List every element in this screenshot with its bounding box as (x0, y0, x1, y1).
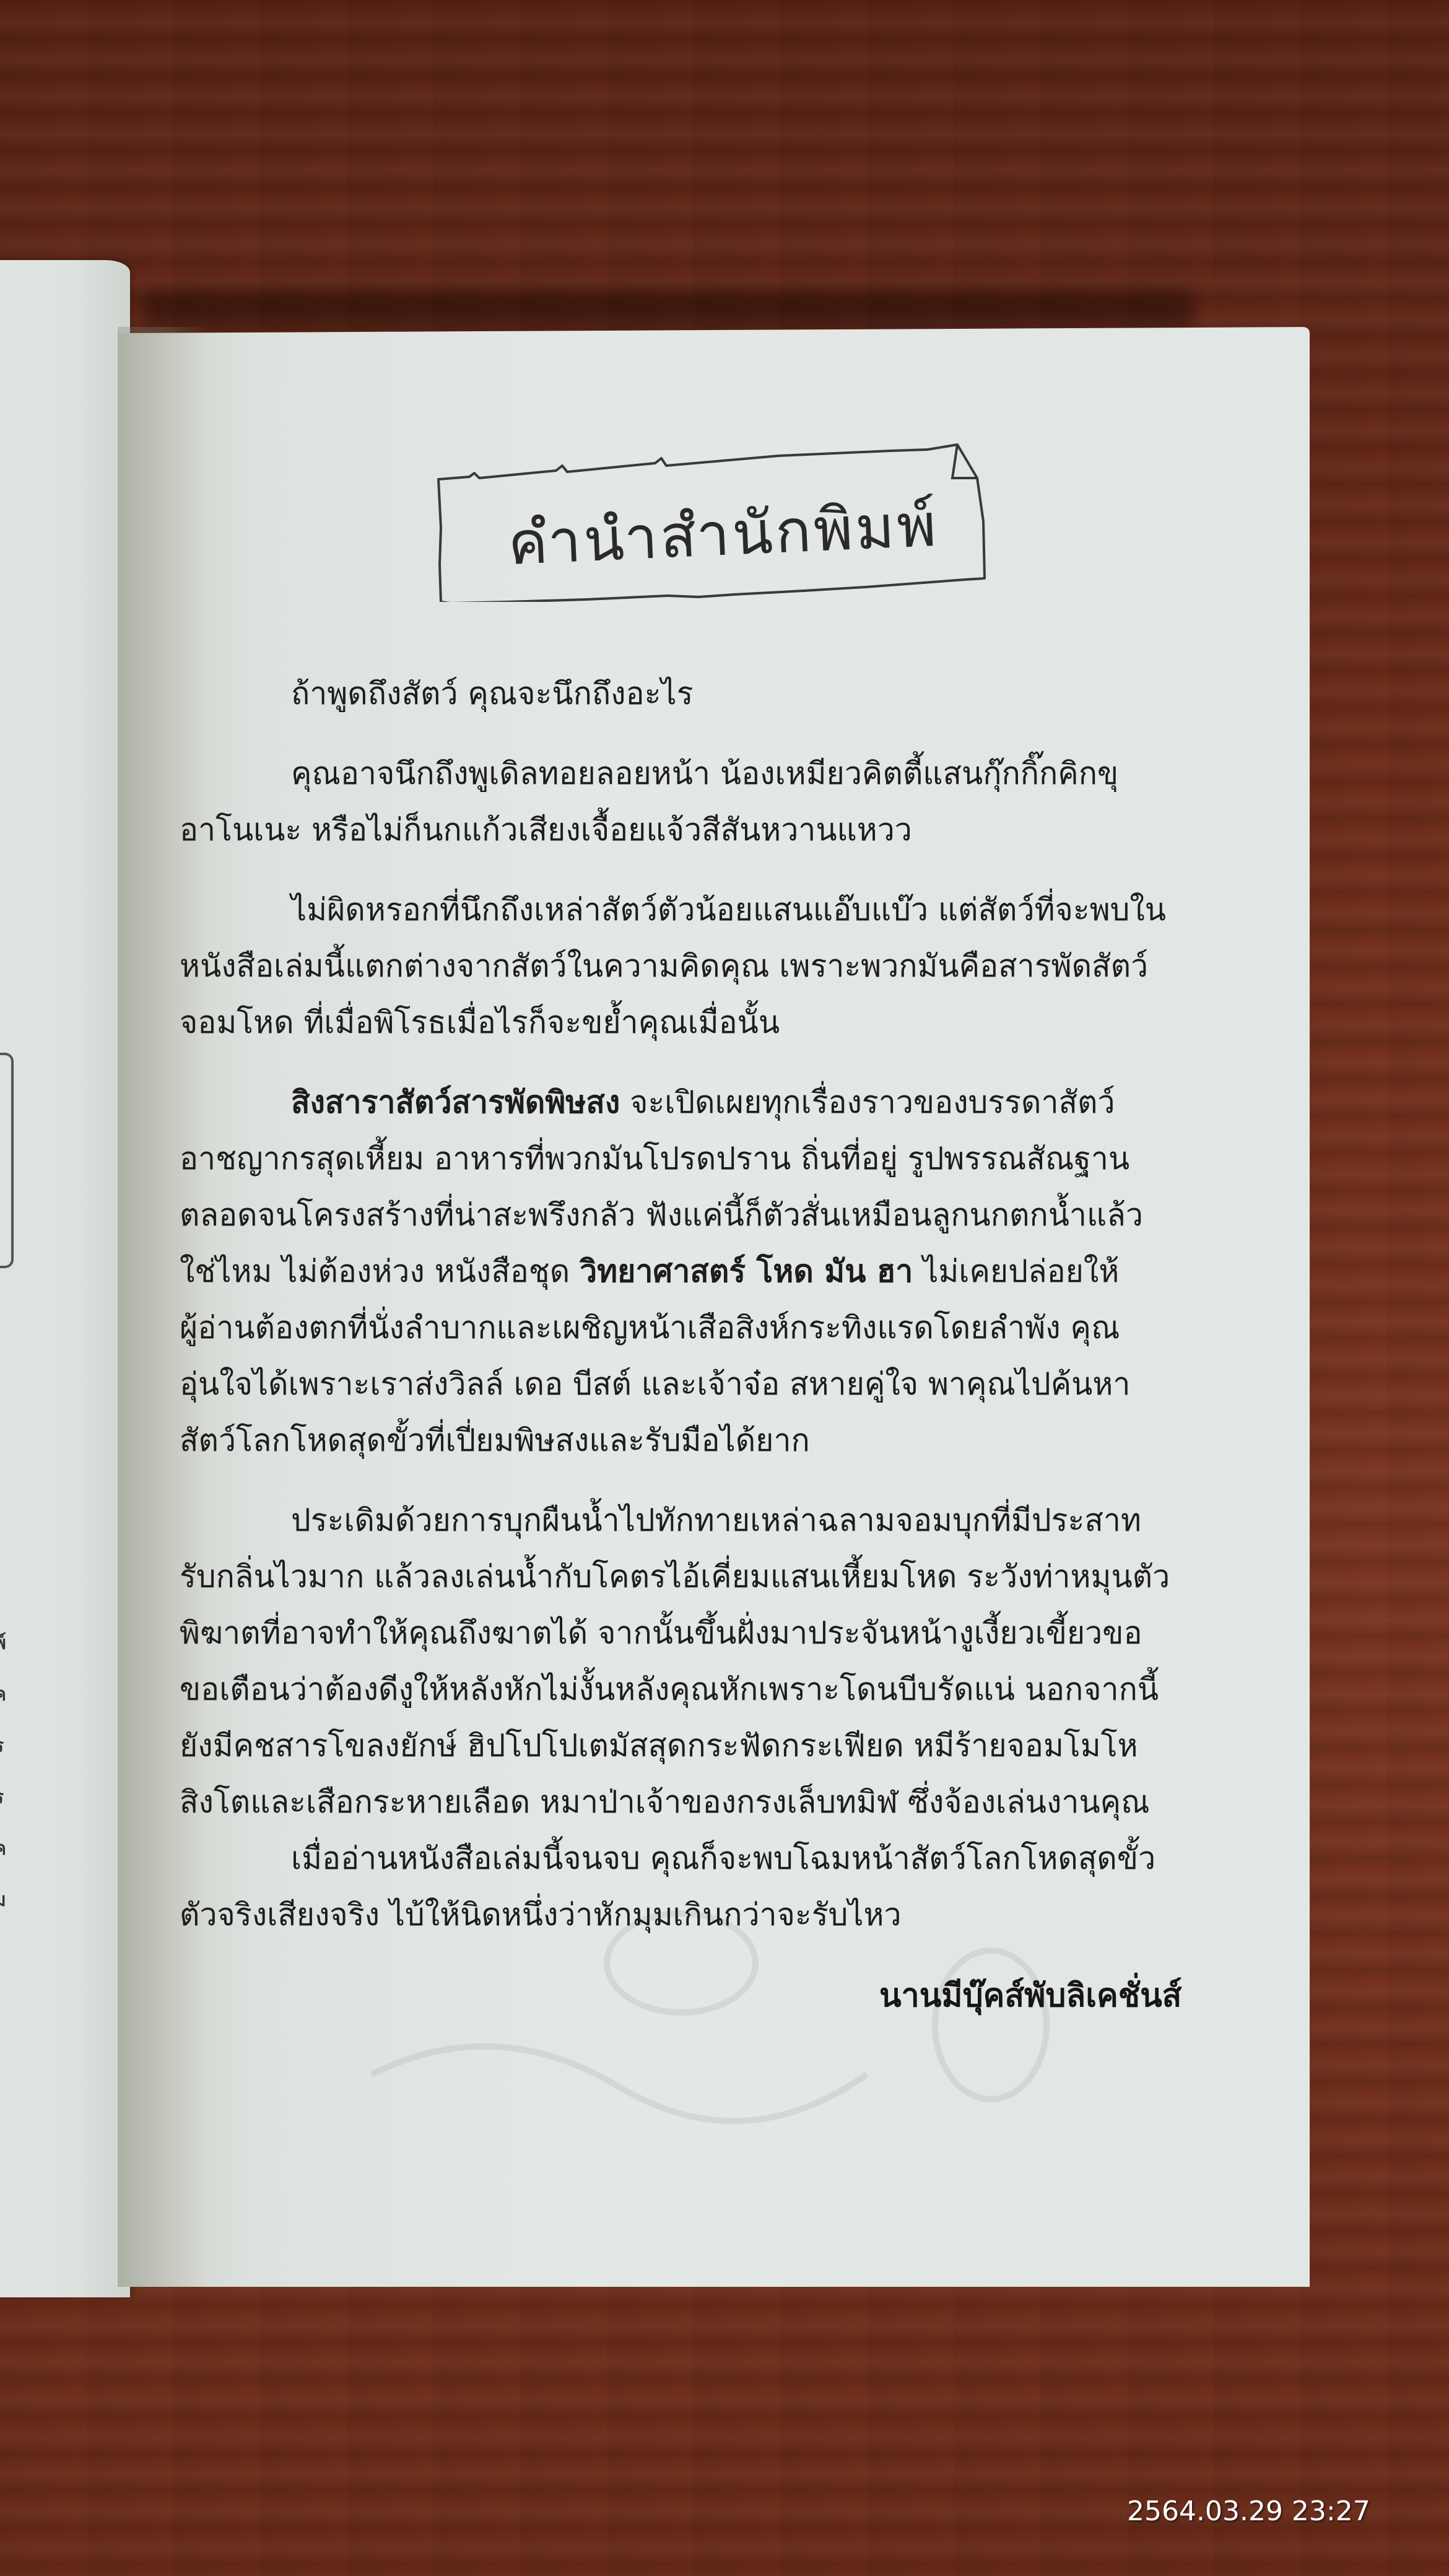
page-title: คำนำสำนักพิมพ์ (498, 477, 948, 591)
text-line: อาโนเนะ หรือไม่ก็นกแก้วเสียงเจื้อยแจ้วสี… (180, 802, 1232, 858)
text-line: ตัวจริงเสียงจริง ไบ้ให้นิดหนึ่งว่าหักมุม… (180, 1887, 1232, 1943)
title-banner: คำนำสำนักพิมพ์ (432, 441, 990, 602)
text-line: รับกลิ่นไวมาก แล้วลงเล่นน้ำกับโคตรไอ้เคี… (180, 1549, 1232, 1605)
text-line: ถ้าพูดถึงสัตว์ คุณจะนึกถึงอะไร (180, 666, 1232, 722)
left-page-box-edge (0, 1053, 14, 1268)
series-name-bold: วิทยาศาสตร์ โหด มัน ฮา (580, 1253, 913, 1289)
publisher-signature: นานมีบุ๊คส์พับลิเคชั่นส์ (879, 1969, 1181, 2021)
text-line: จอมโหด ที่เมื่อพิโรธเมื่อไรก็จะขย้ำคุณเม… (180, 994, 1232, 1051)
left-page-text-fragments: พ์ ค ร ร ค ม (0, 1629, 12, 1915)
text-line: สิงสาราสัตว์สารพัดพิษสง จะเปิดเผยทุกเรื่… (180, 1074, 1232, 1131)
text-line: สิงโตและเสือกระหายเลือด หมาป่าเจ้าของกรง… (180, 1774, 1232, 1830)
left-page: พ์ ค ร ร ค ม (0, 260, 130, 2297)
text-line: ตลอดจนโครงสร้างที่น่าสะพรึงกลัว ฟังแค่นี… (180, 1187, 1232, 1243)
foreword-body: ถ้าพูดถึงสัตว์ คุณจะนึกถึงอะไร คุณอาจนึก… (180, 666, 1232, 1943)
page-shadow (142, 291, 1195, 328)
left-page-char: ค (0, 1680, 12, 1709)
text-line: อุ่นใจได้เพราะเราส่งวิลล์ เดอ บีสต์ และเ… (180, 1356, 1232, 1412)
book-title-bold: สิงสาราสัตว์สารพัดพิษสง (291, 1084, 620, 1120)
text-line: หนังสือเล่มนี้แตกต่างจากสัตว์ในความคิดคุ… (180, 938, 1232, 994)
text-line: ขอเตือนว่าต้องดีงูให้หลังหักไม่งั้นหลังค… (180, 1661, 1232, 1718)
text-line: ไม่ผิดหรอกที่นึกถึงเหล่าสัตว์ตัวน้อยแสนแ… (180, 882, 1232, 938)
left-page-char: ร (0, 1783, 12, 1812)
photo-timestamp: 2564.03.29 23:27 (1127, 2495, 1370, 2527)
text-line: สัตว์โลกโหดสุดขั้วที่เปี่ยมพิษสงและรับมื… (180, 1412, 1232, 1469)
text-line: คุณอาจนึกถึงพูเดิลทอยลอยหน้า น้องเหมียวค… (180, 746, 1232, 802)
text-line: ประเดิมด้วยการบุกผืนน้ำไปทักทายเหล่าฉลาม… (180, 1492, 1232, 1549)
text-line: ผู้อ่านต้องตกที่นั่งลำบากและเผชิญหน้าเสื… (180, 1300, 1232, 1356)
left-page-char: ม (0, 1886, 12, 1915)
text-line: พิฆาตที่อาจทำให้คุณถึงฆาตได้ จากนั้นขึ้น… (180, 1605, 1232, 1661)
text-line: ใช่ไหม ไม่ต้องห่วง หนังสือชุด วิทยาศาสตร… (180, 1243, 1232, 1300)
left-page-char: ร (0, 1731, 12, 1760)
text-line: อาชญากรสุดเหี้ยม อาหารที่พวกมันโปรดปราน … (180, 1131, 1232, 1187)
left-page-char: ค (0, 1834, 12, 1863)
text-line: ยังมีคชสารโขลงยักษ์ ฮิปโปโปเตมัสสุดกระฟั… (180, 1718, 1232, 1774)
text-line: เมื่ออ่านหนังสือเล่มนี้จนจบ คุณก็จะพบโฉม… (180, 1830, 1232, 1887)
left-page-char: พ์ (0, 1629, 12, 1658)
